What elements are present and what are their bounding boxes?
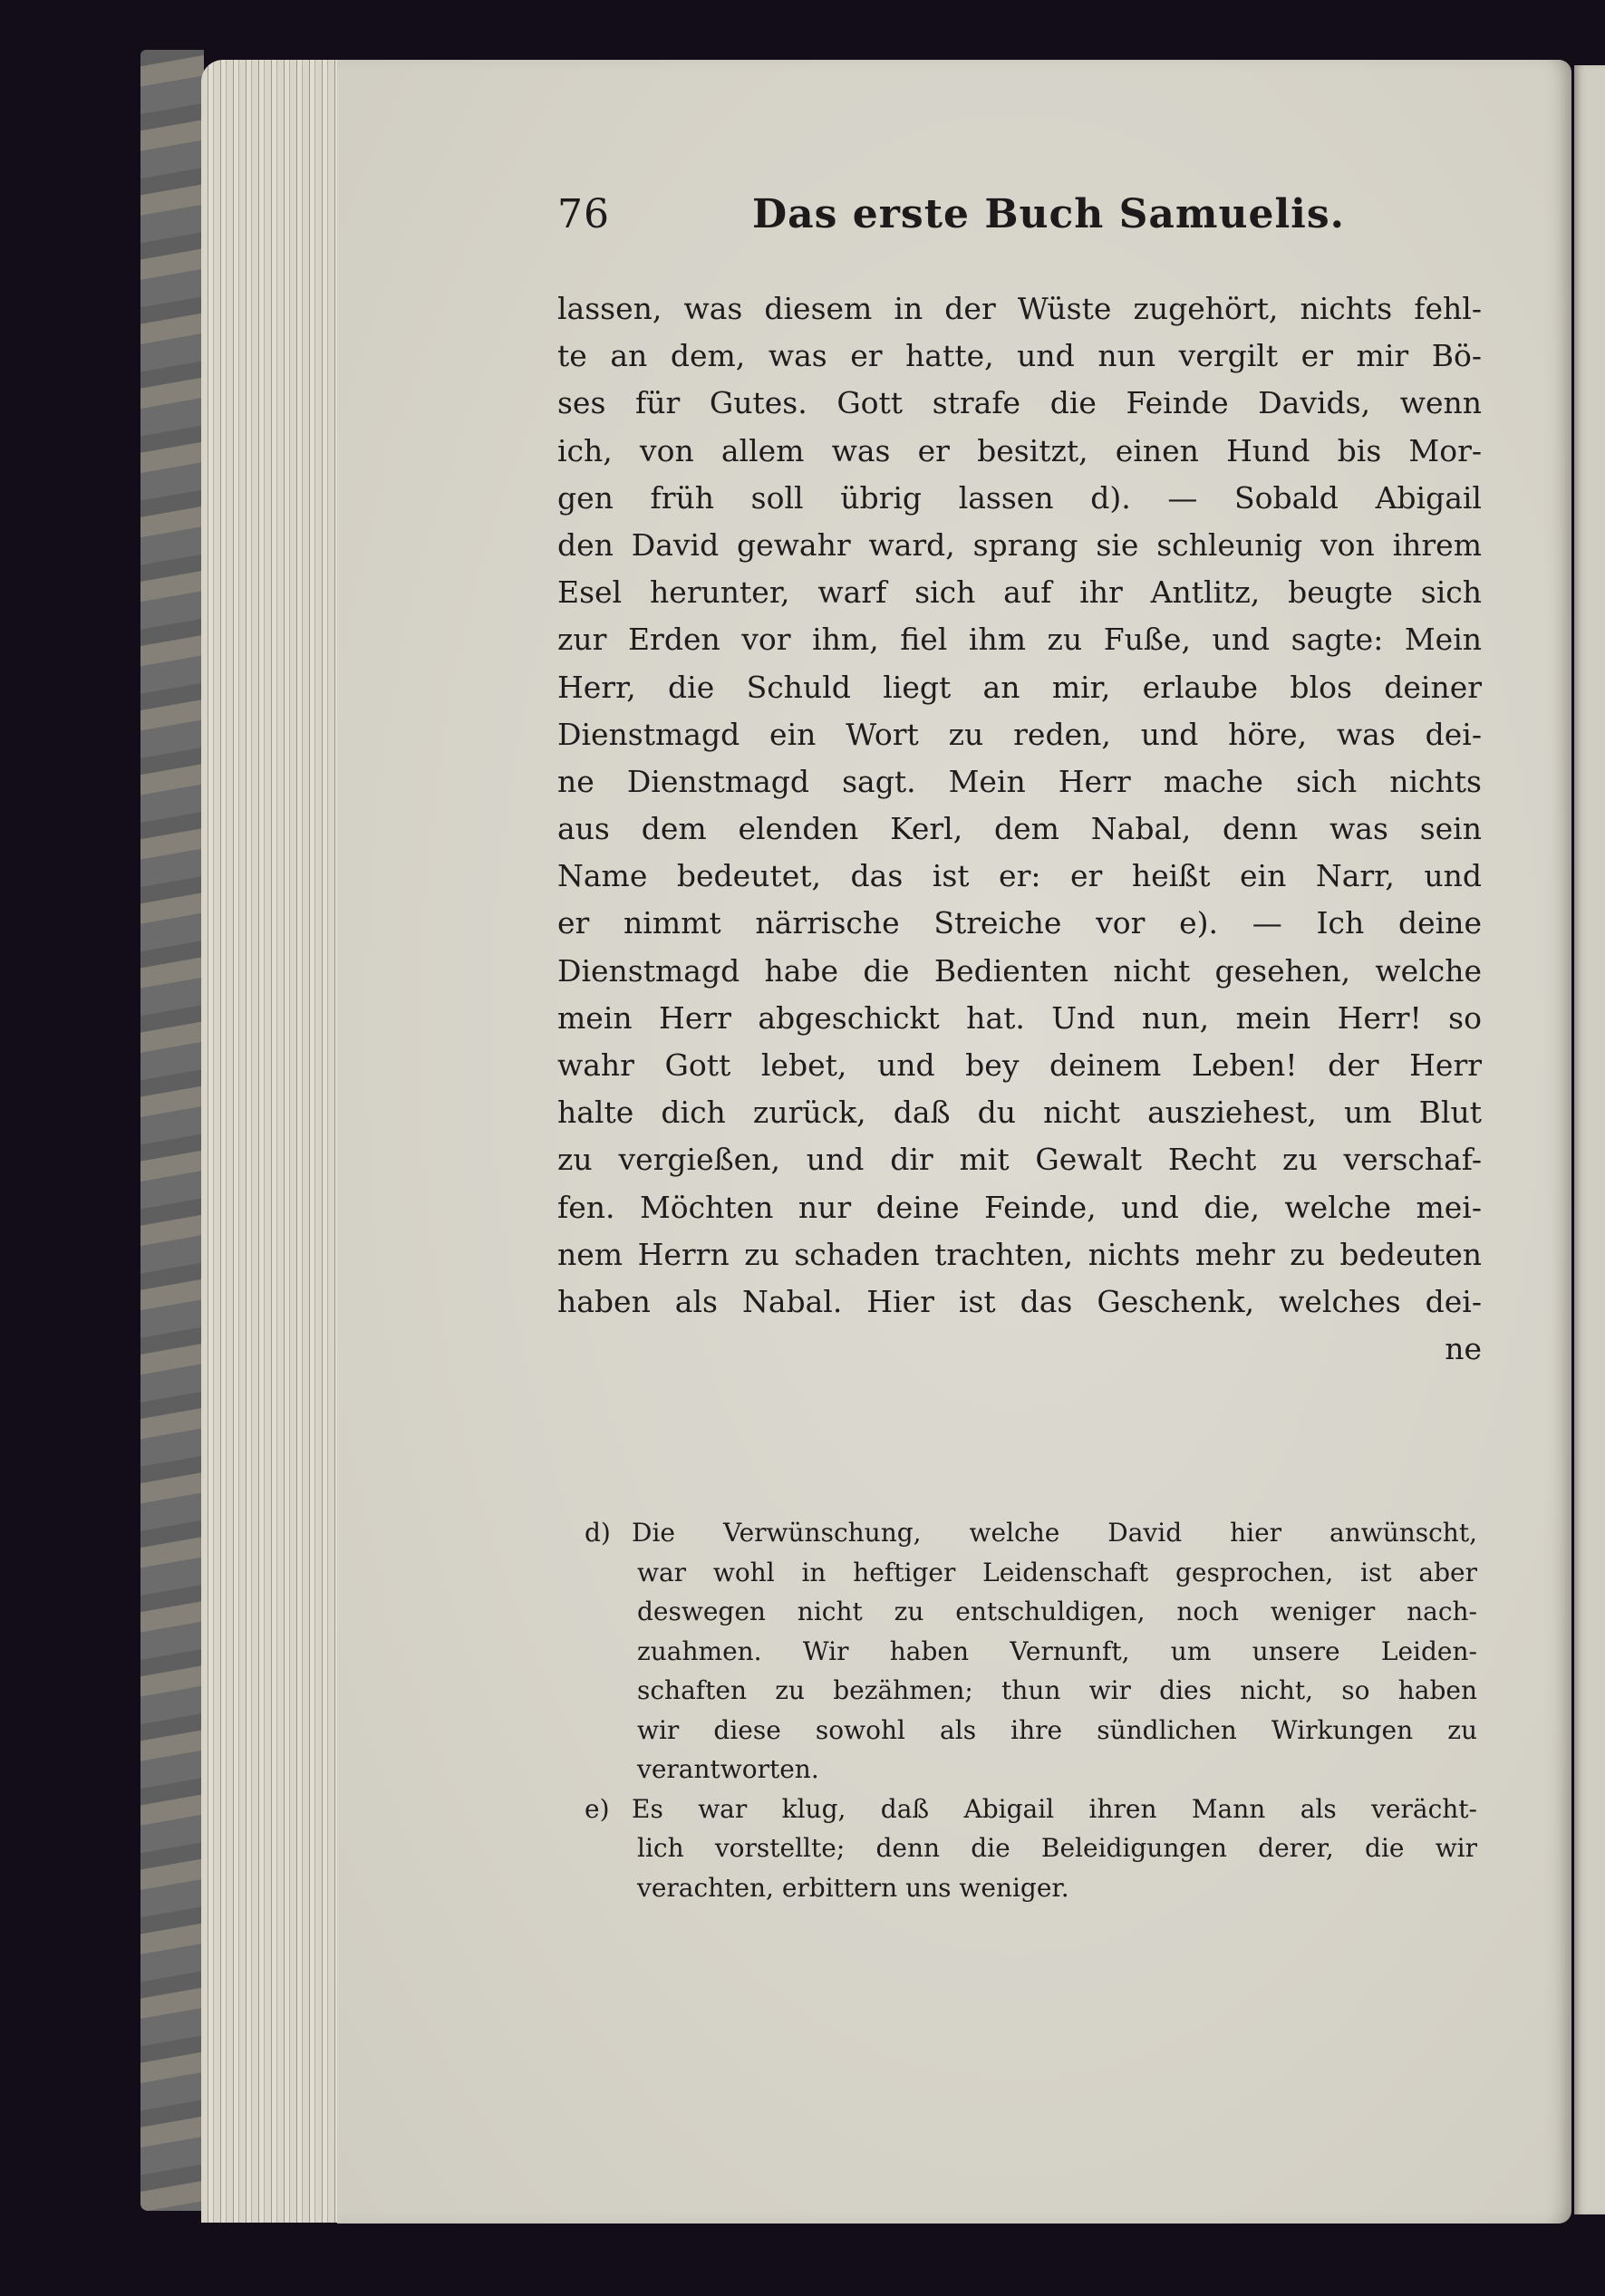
text-line: mein Herr abgeschickt hat. Und nun, mein… — [557, 995, 1482, 1042]
text-line: te an dem, was er hatte, und nun vergilt… — [557, 333, 1482, 380]
footnote-line: Es war klug, daß Abigail ihren Mann als … — [632, 1790, 1477, 1829]
text-line: ne Dienstmagd sagt. Mein Herr mache sich… — [557, 758, 1482, 806]
footnote-marker: e) — [585, 1790, 632, 1829]
text-line: nem Herrn zu schaden trachten, nichts me… — [557, 1231, 1482, 1278]
text-line: halte dich zurück, daß du nicht ausziehe… — [557, 1089, 1482, 1136]
catchword: ne — [557, 1326, 1482, 1373]
text-line: wahr Gott lebet, und bey deinem Leben! d… — [557, 1042, 1482, 1089]
footnote-line: verantworten. — [585, 1750, 1477, 1790]
footnotes-block: d) Die Verwünschung, welche David hier a… — [585, 1513, 1477, 1907]
text-line: er nimmt närrische Streiche vor e). — Ic… — [557, 900, 1482, 947]
page-stack-edges — [201, 60, 339, 2223]
text-line: lassen, was diesem in der Wüste zugehört… — [557, 285, 1482, 333]
footnote-line: schaften zu bezähmen; thun wir dies nich… — [585, 1671, 1477, 1711]
footnote-d: d) Die Verwünschung, welche David hier a… — [585, 1513, 1477, 1553]
text-line: Herr, die Schuld liegt an mir, erlaube b… — [557, 664, 1482, 711]
text-line: Dienstmagd ein Wort zu reden, und höre, … — [557, 711, 1482, 758]
text-line: Name bedeutet, das ist er: er heißt ein … — [557, 853, 1482, 900]
facing-page-edge — [1574, 65, 1605, 2214]
text-line: den David gewahr ward, sprang sie schleu… — [557, 522, 1482, 569]
footnote-marker: d) — [585, 1513, 632, 1553]
text-line: Esel herunter, warf sich auf ihr Antlitz… — [557, 569, 1482, 616]
footnote-line: war wohl in heftiger Leidenschaft gespro… — [585, 1553, 1477, 1593]
text-line: aus dem elenden Kerl, dem Nabal, denn wa… — [557, 806, 1482, 853]
text-line: ses für Gutes. Gott strafe die Feinde Da… — [557, 380, 1482, 427]
footnote-e: e) Es war klug, daß Abigail ihren Mann a… — [585, 1790, 1477, 1829]
footnote-line: Die Verwünschung, welche David hier anwü… — [632, 1513, 1477, 1553]
main-text-block: lassen, was diesem in der Wüste zugehört… — [557, 285, 1482, 1373]
text-line: haben als Nabal. Hier ist das Geschenk, … — [557, 1278, 1482, 1326]
text-line: zu vergießen, und dir mit Gewalt Recht z… — [557, 1136, 1482, 1183]
footnote-line: zuahmen. Wir haben Vernunft, um unsere L… — [585, 1632, 1477, 1672]
text-line: fen. Möchten nur deine Feinde, und die, … — [557, 1184, 1482, 1231]
footnote-line: lich vorstellte; denn die Beleidigungen … — [585, 1828, 1477, 1868]
footnote-line: verachten, erbittern uns weniger. — [585, 1868, 1477, 1908]
page-number: 76 — [557, 191, 610, 237]
running-title: Das erste Buch Samuelis. — [752, 191, 1345, 237]
footnote-line: deswegen nicht zu entschuldigen, noch we… — [585, 1592, 1477, 1632]
text-line: ich, von allem was er besitzt, einen Hun… — [557, 428, 1482, 475]
page-header: 76 Das erste Buch Samuelis. — [557, 186, 1482, 249]
footnote-line: wir diese sowohl als ihre sündlichen Wir… — [585, 1711, 1477, 1751]
book-spine-cover — [140, 50, 204, 2211]
text-line: gen früh soll übrig lassen d). — Sobald … — [557, 475, 1482, 522]
text-line: zur Erden vor ihm, fiel ihm zu Fuße, und… — [557, 616, 1482, 663]
text-line: Dienstmagd habe die Bedienten nicht gese… — [557, 948, 1482, 995]
